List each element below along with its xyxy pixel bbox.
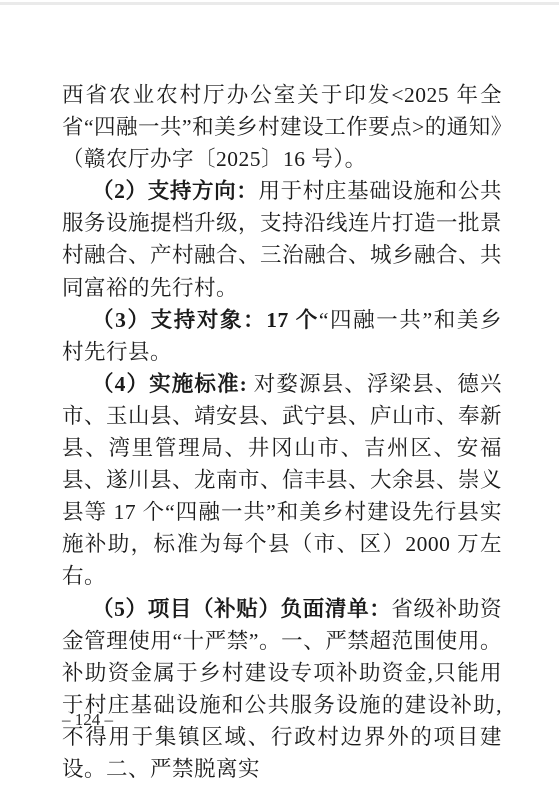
- paragraph-text: 西省农业农村厅办公室关于印发<2025 年全省“四融一共”和美乡村建设工作要点>…: [62, 83, 502, 171]
- paragraph-lead: （2）支持方向：: [92, 179, 258, 203]
- paragraph-text: 省级补助资金管理使用“十严禁”。一、严禁超范围使用。补助资金属于乡村建设专项补助…: [62, 597, 502, 781]
- paragraph-text: 对婺源县、浮梁县、德兴市、玉山县、靖安县、武宁县、庐山市、奉新县、湾里管理局、井…: [62, 372, 502, 589]
- paragraph-continuation: 西省农业农村厅办公室关于印发<2025 年全省“四融一共”和美乡村建设工作要点>…: [62, 79, 502, 175]
- page-number: – 124 –: [62, 710, 113, 730]
- paragraph-lead: （4）实施标准:: [92, 372, 247, 396]
- paragraph-implementation-standard: （4）实施标准: 对婺源县、浮梁县、德兴市、玉山县、靖安县、武宁县、庐山市、奉新…: [62, 368, 502, 593]
- document-body: 西省农业农村厅办公室关于印发<2025 年全省“四融一共”和美乡村建设工作要点>…: [62, 79, 502, 785]
- paragraph-support-target: （3）支持对象：17 个“四融一共”和美乡村先行县。: [62, 304, 502, 368]
- paragraph-support-direction: （2）支持方向：用于村庄基础设施和公共服务设施提档升级，支持沿线连片打造一批景村…: [62, 175, 502, 303]
- paragraph-lead: （3）支持对象：17 个: [92, 308, 319, 332]
- scan-edge-top: [0, 2, 559, 5]
- paragraph-negative-list: （5）项目（补贴）负面清单：省级补助资金管理使用“十严禁”。一、严禁超范围使用。…: [62, 593, 502, 786]
- paragraph-lead: （5）项目（补贴）负面清单：: [92, 597, 391, 621]
